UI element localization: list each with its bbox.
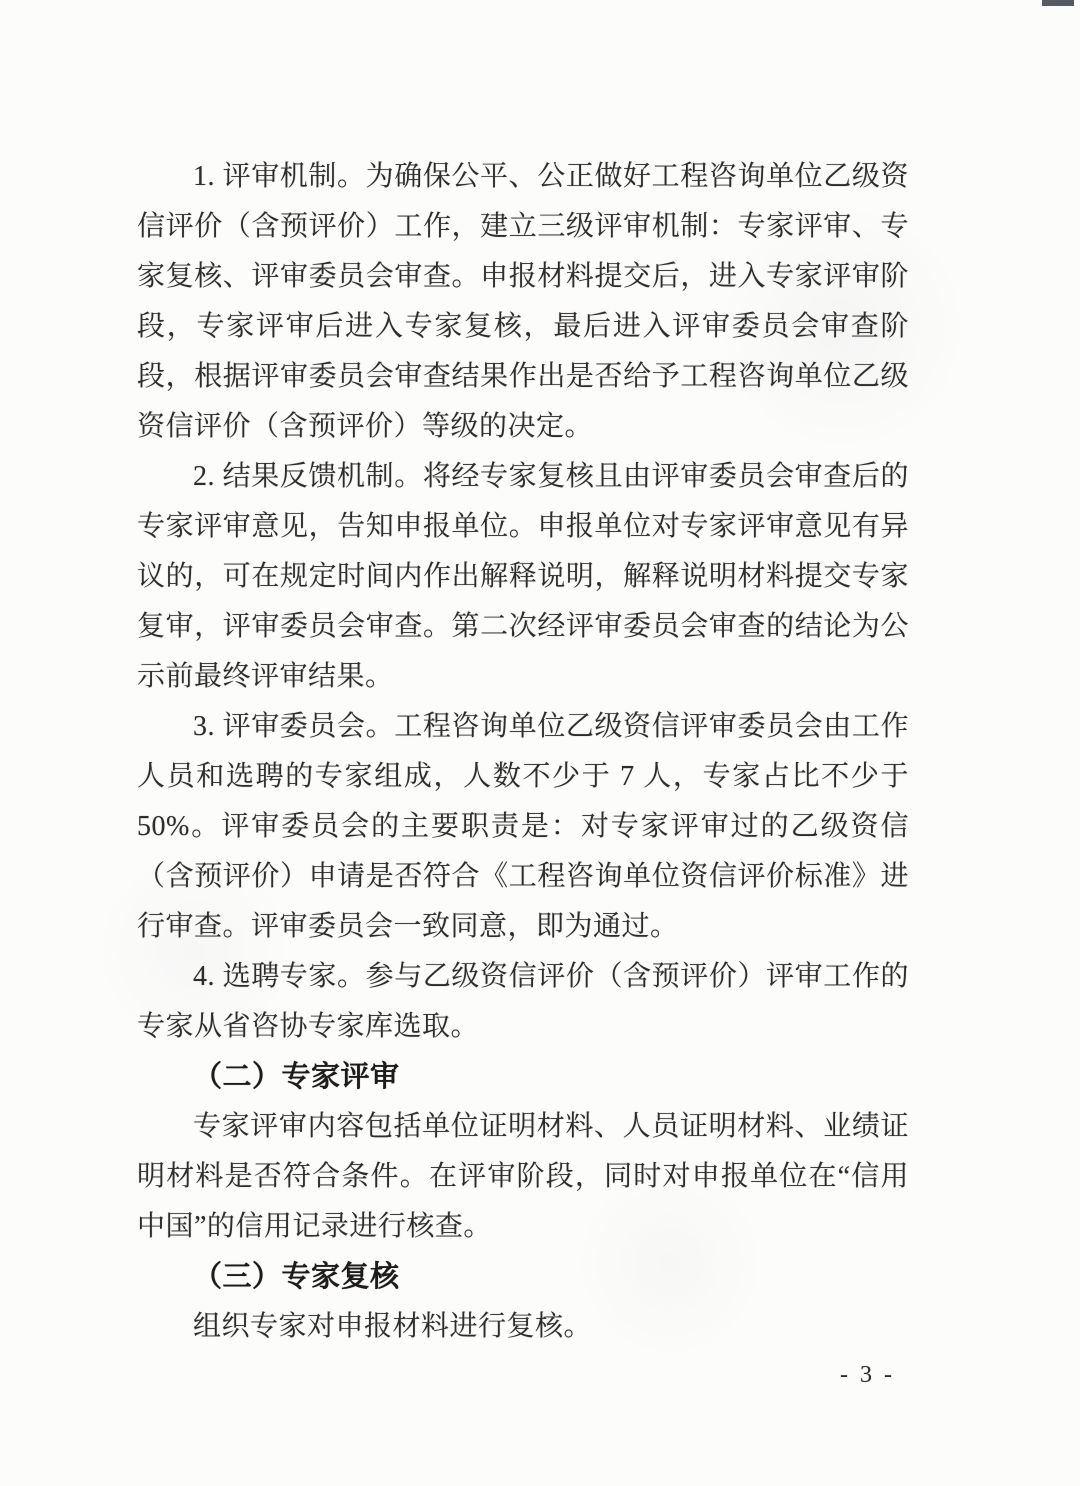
paragraph: 2. 结果反馈机制。将经专家复核且由评审委员会审查后的专家评审意见，告知申报单位…: [137, 452, 909, 702]
section-heading: （二）专家评审: [137, 1052, 909, 1102]
paragraph: 3. 评审委员会。工程咨询单位乙级资信评审委员会由工作人员和选聘的专家组成，人数…: [137, 702, 909, 952]
scanned-document-page: 1. 评审机制。为确保公平、公正做好工程咨询单位乙级资信评价（含预评价）工作，建…: [0, 0, 1080, 1486]
document-body: 1. 评审机制。为确保公平、公正做好工程咨询单位乙级资信评价（含预评价）工作，建…: [137, 152, 909, 1352]
paragraph: 4. 选聘专家。参与乙级资信评价（含预评价）评审工作的专家从省咨协专家库选取。: [137, 952, 909, 1052]
page-number: - 3 -: [840, 1360, 895, 1390]
section-heading: （三）专家复核: [137, 1252, 909, 1302]
paragraph: 组织专家对申报材料进行复核。: [137, 1302, 909, 1352]
paragraph: 专家评审内容包括单位证明材料、人员证明材料、业绩证明材料是否符合条件。在评审阶段…: [137, 1102, 909, 1252]
scan-corner-artifact: [1042, 0, 1074, 6]
paragraph: 1. 评审机制。为确保公平、公正做好工程咨询单位乙级资信评价（含预评价）工作，建…: [137, 152, 909, 452]
